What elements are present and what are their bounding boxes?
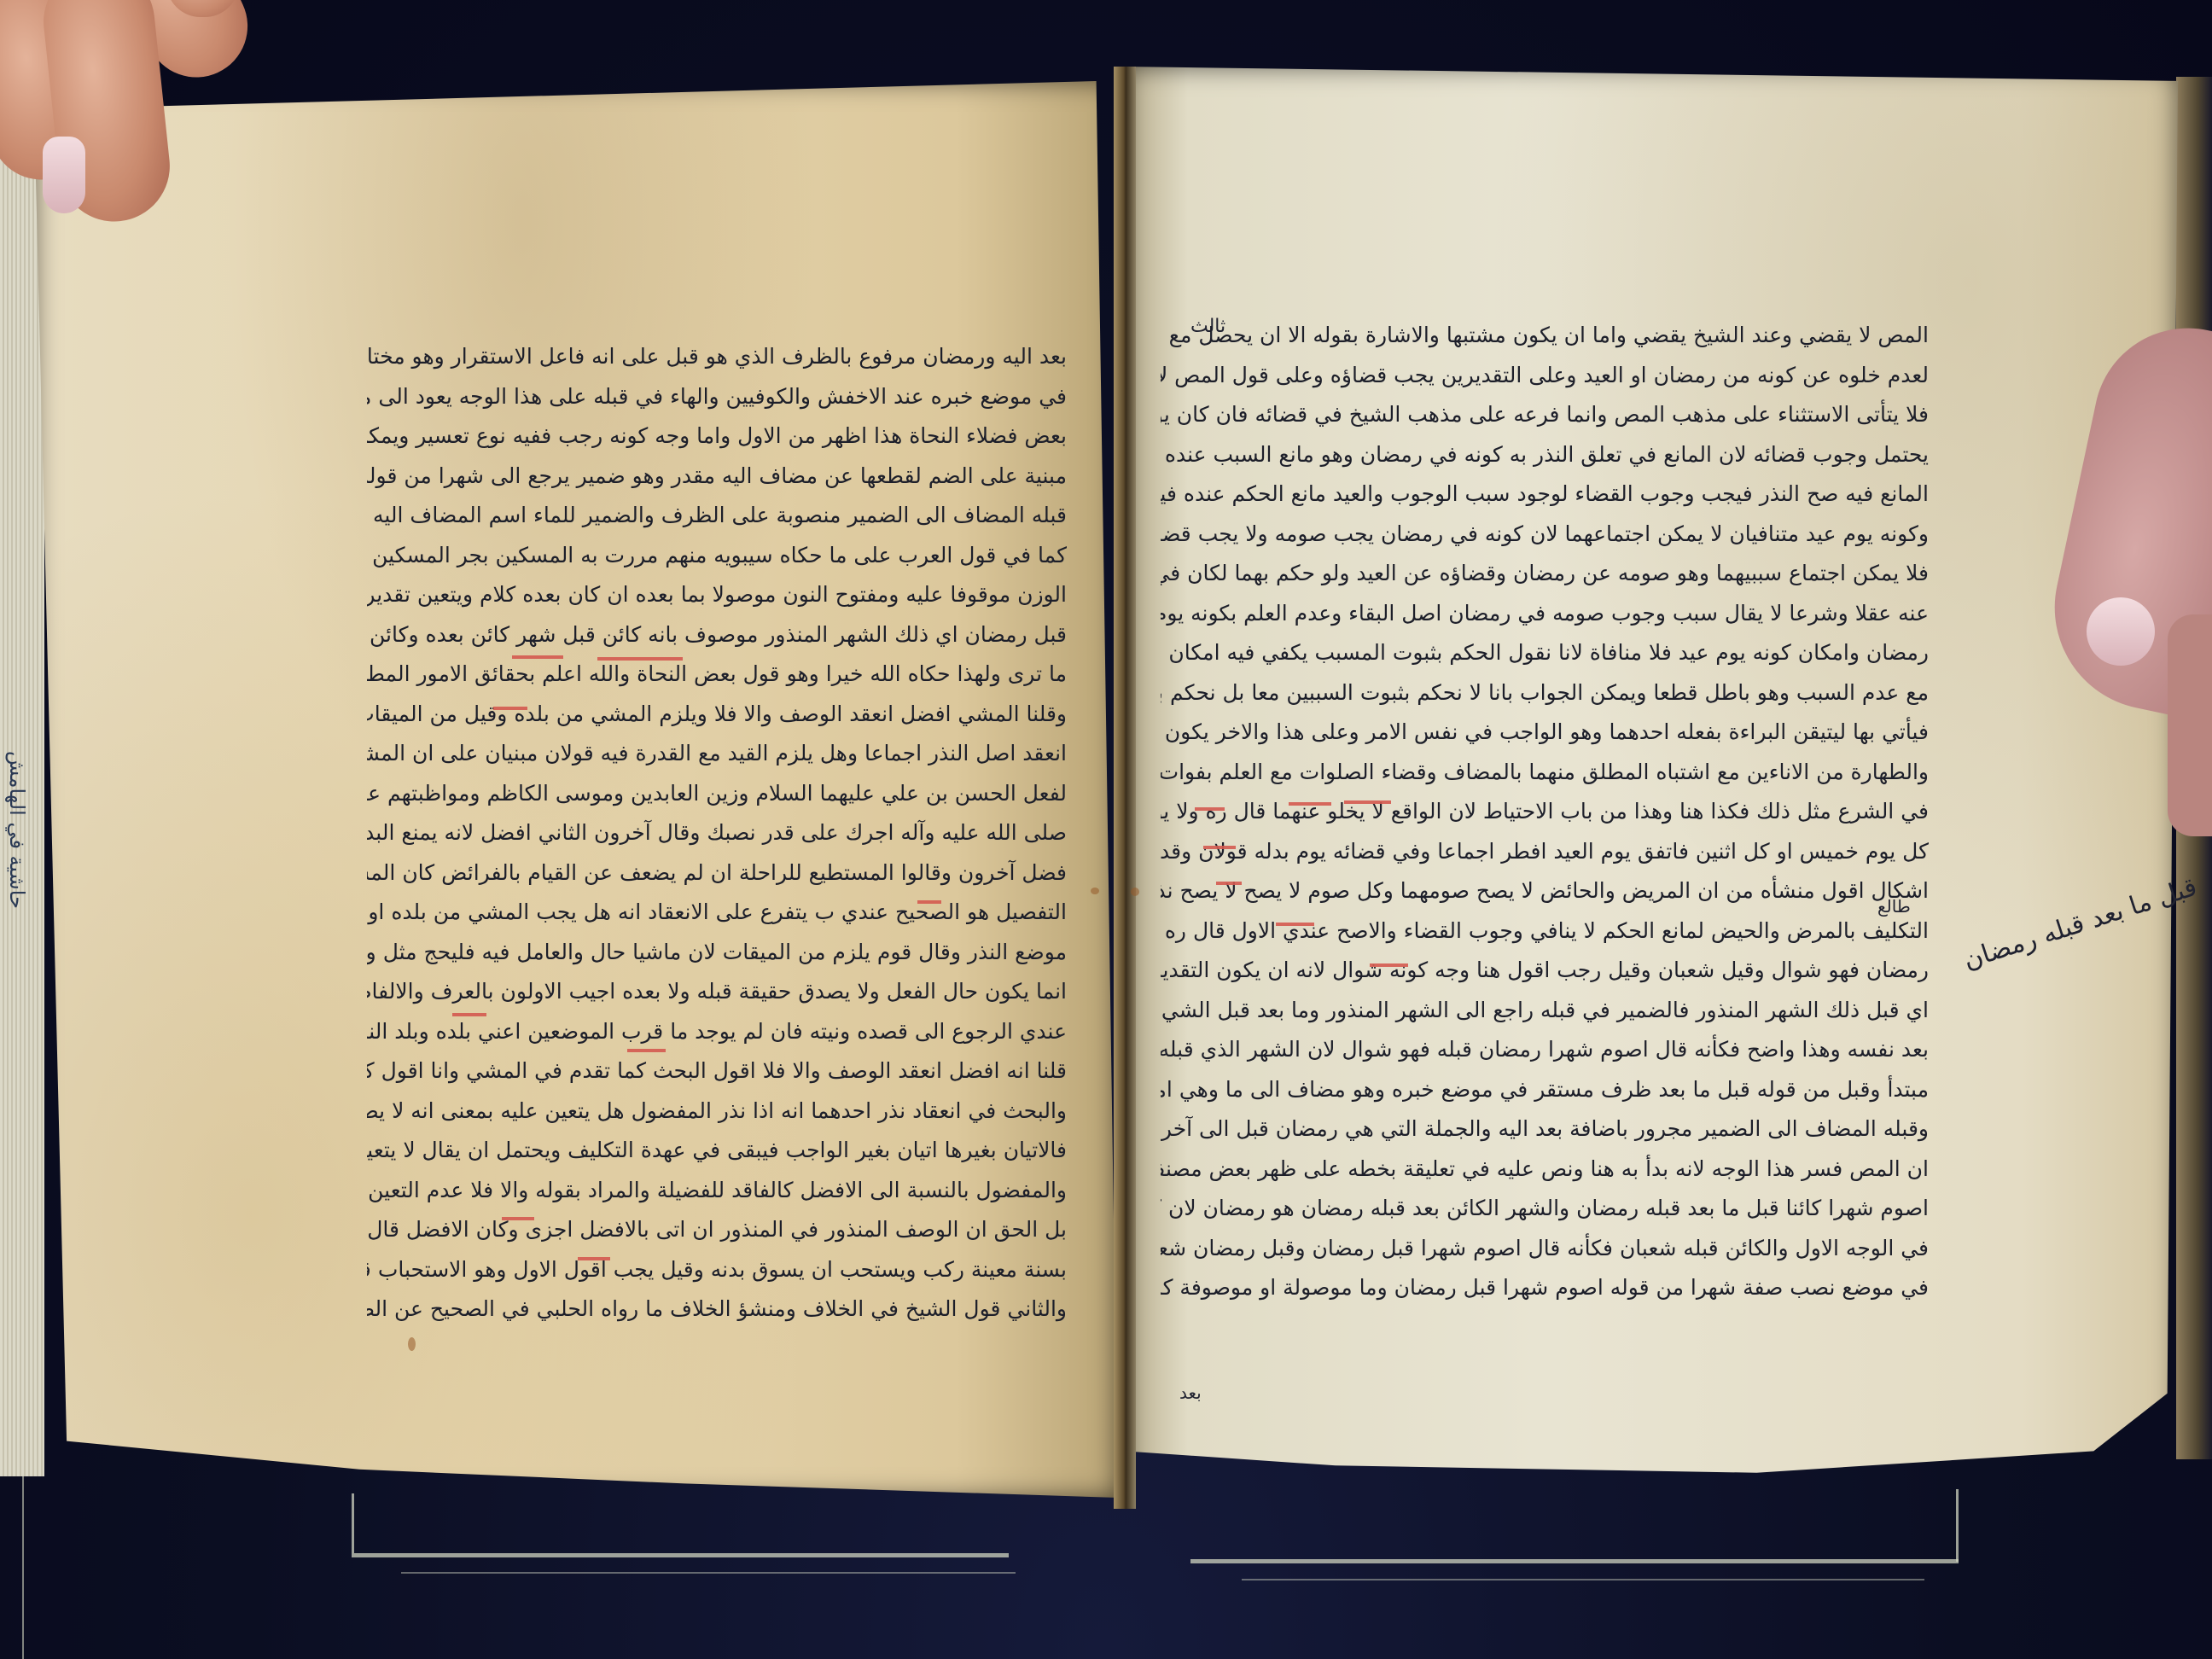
text-line: المص لا يقضي وعند الشيخ يقضي واما ان يكو… bbox=[1161, 316, 1929, 356]
text-line: فلا يمكن اجتماع سببيهما وهو صومه عن رمضا… bbox=[1161, 554, 1929, 594]
text-line-rubricated: ما ترى ولهذا حكاه الله خيرا وهو قول بعض … bbox=[367, 655, 1067, 695]
margin-note-left-vertical: حاشية في الهامش bbox=[5, 751, 29, 909]
text-line: عنه عقلا وشرعا لا يقال سبب وجوب صومه في … bbox=[1161, 594, 1929, 634]
manuscript-photo: بعد اليه ورمضان مرفوع بالظرف الذي هو قبل… bbox=[0, 0, 2212, 1659]
margin-note-right-small: طالع bbox=[1877, 896, 1911, 917]
text-line: اصوم شهرا كائنا قبل ما بعد قبله رمضان وا… bbox=[1161, 1189, 1929, 1229]
text-line: يحتمل وجوب قضائه لان المانع في تعلق النذ… bbox=[1161, 435, 1929, 475]
rubric-underline bbox=[917, 900, 941, 904]
text-line: في موضع خبره عند الاخفش والكوفيين والهاء… bbox=[367, 377, 1067, 417]
text-line: وقبله المضاف الى الضمير مجرور باضافة بعد… bbox=[1161, 1109, 1929, 1150]
left-page-text: بعد اليه ورمضان مرفوع بالظرف الذي هو قبل… bbox=[367, 337, 1067, 1330]
rubric-underline bbox=[502, 1217, 534, 1220]
text-line: مع عدم السبب وهو باطل قطعا ويمكن الجواب … bbox=[1161, 673, 1929, 713]
right-page-text: المص لا يقضي وعند الشيخ يقضي واما ان يكو… bbox=[1161, 316, 1929, 1308]
catchword: بعد bbox=[1179, 1382, 1202, 1403]
text-line: مبنية على الضم لقطعها عن مضاف اليه مقدر … bbox=[367, 457, 1067, 497]
text-line: بعض فضلاء النحاة هذا اظهر من الاول واما … bbox=[367, 416, 1067, 457]
text-line: بعد اليه ورمضان مرفوع بالظرف الذي هو قبل… bbox=[367, 337, 1067, 377]
book-gutter bbox=[1114, 67, 1136, 1509]
text-line: وكونه يوم عيد متنافيان لا يمكن اجتماعهما… bbox=[1161, 515, 1929, 555]
text-line: فضل آخرون وقالوا المستطيع للراحلة ان لم … bbox=[367, 853, 1067, 894]
text-line: اي قبل ذلك الشهر المنذور فالضمير في قبله… bbox=[1161, 991, 1929, 1031]
ink-stain bbox=[1091, 888, 1099, 894]
mat-frame-far-left-vertical bbox=[22, 1459, 24, 1659]
text-line-rubricated: التفصيل هو الصحيح عندي ب يتفرع على الانع… bbox=[367, 893, 1067, 933]
rubric-underline bbox=[1216, 882, 1242, 885]
right-hand-palm bbox=[2168, 614, 2212, 836]
mat-frame-bottom-left bbox=[352, 1553, 1009, 1557]
mat-frame-inner-bottom-right bbox=[1242, 1579, 1924, 1580]
mat-frame-bottom-right bbox=[1190, 1559, 1959, 1563]
text-line: فلا يتأتى الاستثناء على مذهب المص وانما … bbox=[1161, 395, 1929, 435]
ink-stain bbox=[1131, 888, 1139, 896]
text-line: والبحث في انعقاد نذر احدهما انه اذا نذر … bbox=[367, 1091, 1067, 1132]
text-line: فيأتي بها ليتيقن البراءة بفعله احدهما وه… bbox=[1161, 713, 1929, 753]
text-line-rubricated: كل يوم خميس او كل اثنين فاتفق يوم العيد … bbox=[1161, 832, 1929, 872]
text-line: موضع النذر وقال قوم يلزم من الميقات لان … bbox=[367, 933, 1067, 973]
rubric-underline bbox=[1195, 807, 1225, 811]
text-line: انعقد اصل النذر اجماعا وهل يلزم القيد مع… bbox=[367, 734, 1067, 774]
text-line: الوزن موقوفا عليه ومفتوح النون موصولا بم… bbox=[367, 575, 1067, 615]
thumbnail bbox=[43, 137, 85, 213]
text-line-rubricated: رمضان فهو شوال وقيل شعبان وقيل رجب اقول … bbox=[1161, 951, 1929, 991]
rubric-underline bbox=[512, 655, 563, 659]
text-line: رمضان وامكان كونه يوم عيد فلا منافاة لان… bbox=[1161, 633, 1929, 673]
text-line: المانع فيه صح النذر فيجب وجوب القضاء لوج… bbox=[1161, 474, 1929, 515]
ink-stain bbox=[408, 1337, 416, 1351]
text-line: ان المص فسر هذا الوجه لانه بدأ به هنا ون… bbox=[1161, 1150, 1929, 1190]
text-line: قبله المضاف الى الضمير منصوبة على الظرف … bbox=[367, 496, 1067, 536]
text-line: والثاني قول الشيخ في الخلاف ومنشؤ الخلاف… bbox=[367, 1289, 1067, 1330]
text-line: في موضع نصب صفة شهرا من قوله اصوم شهرا ق… bbox=[1161, 1268, 1929, 1308]
text-line-rubricated: التكليف بالمرض والحيض لمانع الحكم لا ينا… bbox=[1161, 911, 1929, 952]
text-line: لعدم خلوه عن كونه من رمضان او العيد وعلى… bbox=[1161, 356, 1929, 396]
rubric-underline bbox=[1370, 963, 1408, 967]
text-line: والطهارة من الاناءين مع اشتباه المطلق من… bbox=[1161, 753, 1929, 793]
rubric-underline bbox=[452, 1013, 486, 1016]
text-line: انما يكون حال الفعل ولا يصدق حقيقة قبله … bbox=[367, 972, 1067, 1012]
text-line-rubricated: بسنة معينة ركب ويستحب ان يسوق بدنه وقيل … bbox=[367, 1250, 1067, 1290]
text-line-rubricated: بل الحق ان الوصف المنذور في المنذور ان ا… bbox=[367, 1210, 1067, 1250]
text-line-rubricated: عندي الرجوع الى قصده ونيته فان لم يوجد م… bbox=[367, 1012, 1067, 1052]
mat-frame-left-vertical bbox=[352, 1493, 354, 1553]
text-line: قبل رمضان اي ذلك الشهر المنذور موصوف بان… bbox=[367, 615, 1067, 655]
text-line: كما في قول العرب على ما حكاه سيبويه منهم… bbox=[367, 536, 1067, 576]
text-line-rubricated: في الشرع مثل ذلك فكذا هنا وهذا من باب ال… bbox=[1161, 792, 1929, 832]
rubric-underline bbox=[1289, 802, 1331, 806]
rubric-underline bbox=[597, 657, 683, 661]
right-thumbnail bbox=[2087, 597, 2155, 666]
text-line: فالاتيان بغيرها اتيان بغير الواجب فيبقى … bbox=[367, 1131, 1067, 1171]
rubric-underline bbox=[1344, 800, 1391, 804]
rubric-underline bbox=[1203, 846, 1236, 849]
text-line-rubricated: قلنا انه افضل انعقد الوصف والا فلا اقول … bbox=[367, 1051, 1067, 1091]
text-line: والمفضول بالنسبة الى الافضل كالفاقد للفض… bbox=[367, 1171, 1067, 1211]
text-line: صلى الله عليه وآله اجرك على قدر نصبك وقا… bbox=[367, 813, 1067, 853]
text-line: مبتدأ وقبل من قوله قبل ما بعد ظرف مستقر … bbox=[1161, 1070, 1929, 1110]
text-line-rubricated: وقلنا المشي افضل انعقد الوصف والا فلا وي… bbox=[367, 695, 1067, 735]
rubric-underline bbox=[1276, 923, 1314, 926]
text-line-rubricated: اشكال اقول منشأه من ان المريض والحائض لا… bbox=[1161, 871, 1929, 911]
mat-frame-inner-bottom bbox=[401, 1572, 1016, 1574]
mat-frame-right-vertical bbox=[1956, 1489, 1959, 1562]
rubric-underline bbox=[627, 1049, 666, 1052]
text-line: لفعل الحسن بن علي عليهما السلام وزين الع… bbox=[367, 774, 1067, 814]
text-line: بعد نفسه وهذا واضح فكأنه قال اصوم شهرا ر… bbox=[1161, 1030, 1929, 1070]
rubric-underline bbox=[578, 1257, 610, 1260]
text-line: في الوجه الاول والكائن قبله شعبان فكأنه … bbox=[1161, 1229, 1929, 1269]
rubric-underline bbox=[493, 707, 527, 710]
